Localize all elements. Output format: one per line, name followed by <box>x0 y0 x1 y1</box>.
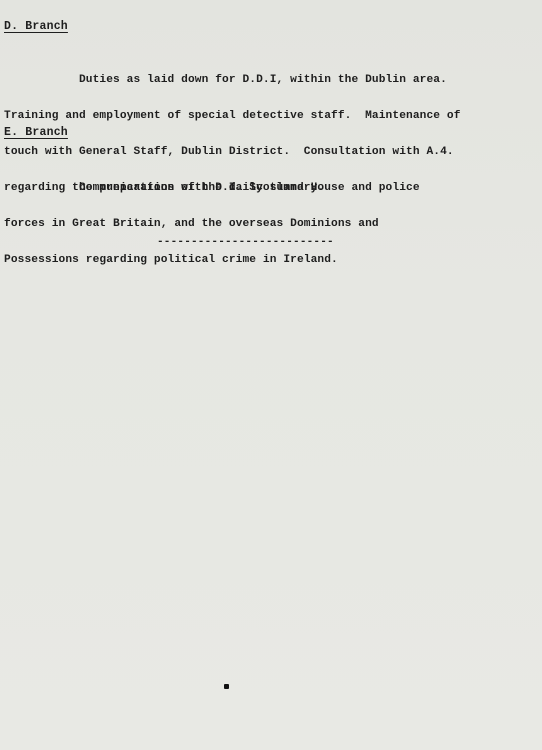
paragraph-line: Possessions regarding political crime in… <box>4 254 420 266</box>
paragraph-e-branch: Communications with D.I. Scotland House … <box>4 158 420 290</box>
document-page: D. Branch Duties as laid down for D.D.I,… <box>0 0 542 750</box>
heading-e-branch: E. Branch <box>4 126 68 139</box>
paragraph-line: Training and employment of special detec… <box>4 110 461 122</box>
paragraph-line: Duties as laid down for D.D.I, within th… <box>4 74 461 86</box>
footer-dot-mark <box>224 684 229 689</box>
paragraph-line: touch with General Staff, Dublin Distric… <box>4 146 461 158</box>
paragraph-line: Communications with D.I. Scotland House … <box>4 182 420 194</box>
paragraph-line: forces in Great Britain, and the oversea… <box>4 218 420 230</box>
heading-d-branch: D. Branch <box>4 20 68 33</box>
section-separator: -------------------------- <box>157 236 334 248</box>
